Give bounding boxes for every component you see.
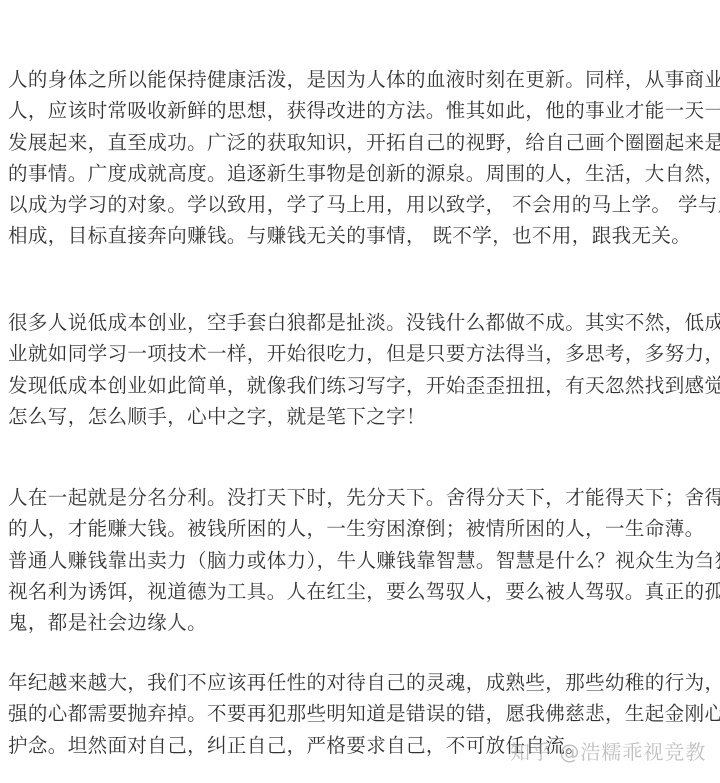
text-line: 视名利为诱饵，视道德为工具。人在红尘，要么驾驭人，要么被人驾驭。真正的孤魂野 (8, 576, 714, 607)
text-line: 发展起来，直至成功。广泛的获取知识，开拓自己的视野，给自己画个圈圈起来是可怕 (8, 127, 714, 158)
text-line: 鬼，都是社会边缘人。 (8, 607, 714, 638)
text-line: 怎么写，怎么顺手，心中之字，就是笔下之字！ (8, 401, 714, 432)
paragraph-3: 人在一起就是分名分利。没打天下时，先分天下。舍得分天下，才能得天下；舍得烧钱 的… (8, 482, 714, 638)
zhihu-watermark: 知乎 @浩糯乖视竞教 (510, 737, 706, 767)
text-line: 很多人说低成本创业，空手套白狼都是扯淡。没钱什么都做不成。其实不然，低成本创 (8, 307, 714, 338)
text-line: 的事情。广度成就高度。追逐新生事物是创新的源泉。周围的人，生活，大自然，都可 (8, 158, 714, 189)
text-line: 人的身体之所以能保持健康活泼，是因为人体的血液时刻在更新。同样，从事商业的 (8, 64, 714, 95)
text-line: 相成，目标直接奔向赚钱。与赚钱无关的事情， 既不学，也不用，跟我无关。 (8, 220, 714, 251)
text-line: 业就如同学习一项技术一样，开始很吃力，但是只要方法得当，多思考，多努力，就会 (8, 338, 714, 369)
article-body: 人的身体之所以能保持健康活泼，是因为人体的血液时刻在更新。同样，从事商业的 人，… (0, 0, 720, 783)
paragraph-1: 人的身体之所以能保持健康活泼，是因为人体的血液时刻在更新。同样，从事商业的 人，… (8, 64, 714, 252)
text-line: 年纪越来越大，我们不应该再任性的对待自己的灵魂，成熟些，那些幼稚的行为，不坚 (8, 667, 714, 698)
text-line: 发现低成本创业如此简单，就像我们练习写字，开始歪歪扭扭，有天忽然找到感觉了， (8, 370, 714, 401)
paragraph-2: 很多人说低成本创业，空手套白狼都是扯淡。没钱什么都做不成。其实不然，低成本创 业… (8, 307, 714, 432)
text-line: 强的心都需要抛弃掉。不要再犯那些明知道是错误的错，愿我佛慈悲，生起金刚心，善 (8, 698, 714, 729)
text-line: 的人，才能赚大钱。被钱所困的人，一生穷困潦倒；被情所困的人，一生命薄。 (8, 513, 714, 544)
text-line: 人，应该时常吸收新鲜的思想，获得改进的方法。惟其如此，他的事业才能一天一天地 (8, 95, 714, 126)
text-line: 以成为学习的对象。学以致用，学了马上用，用以致学， 不会用的马上学。 学与用相辅 (8, 189, 714, 220)
text-line: 人在一起就是分名分利。没打天下时，先分天下。舍得分天下，才能得天下；舍得烧钱 (8, 482, 714, 513)
text-line: 普通人赚钱靠出卖力（脑力或体力），牛人赚钱靠智慧。智慧是什么？视众生为刍狗， (8, 545, 714, 576)
